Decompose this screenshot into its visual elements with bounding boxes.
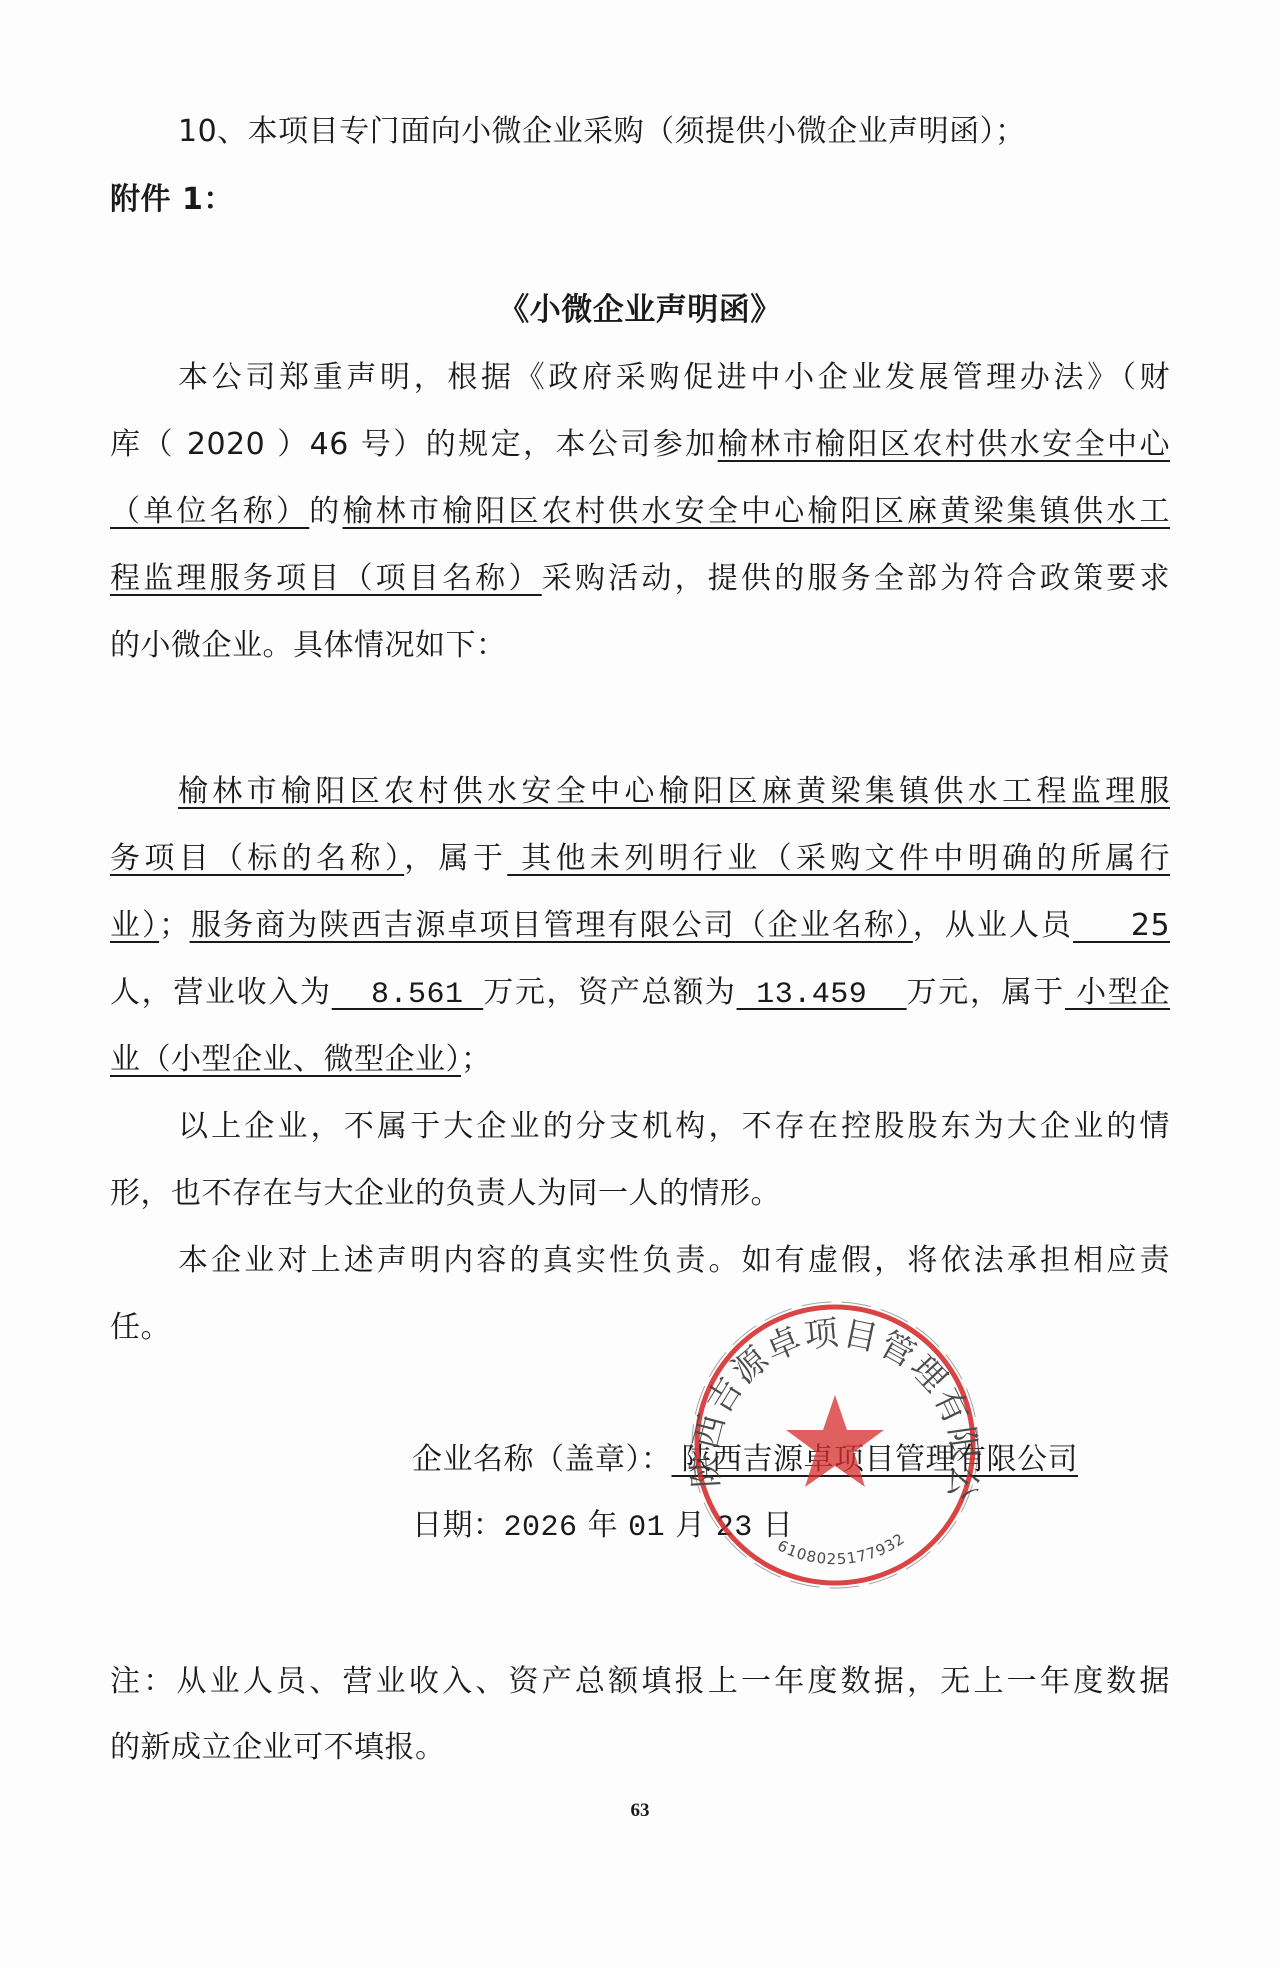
para2-line1: 榆林市榆阳区农村供水安全中心榆阳区麻黄梁集镇供水工程监理服: [178, 772, 1170, 812]
staff-count: 25: [1073, 908, 1170, 943]
day-unit: 日: [763, 1508, 794, 1543]
para1-line4-rest: 采购活动，提供的服务全部为符合政策要求: [542, 561, 1170, 596]
company-label: 企业名称（盖章）：: [412, 1442, 672, 1477]
enterprise-size-part2: 业（小型企业、微型企业）: [110, 1042, 461, 1077]
industry-part2: 业）: [110, 908, 159, 943]
company-name: 陕西吉源卓项目管理有限公司: [672, 1442, 1079, 1477]
para2-line4: 人，营业收入为 8.561 万元，资产总额为 13.459 万元，属于 小型企: [110, 973, 1170, 1015]
project-name-part2: 程监理服务项目（项目名称）: [110, 561, 542, 596]
para2-belongs: ，属于: [404, 841, 507, 876]
project-name-part1: 榆林市榆阳区农村供水安全中心榆阳区麻黄梁集镇供水工: [342, 494, 1170, 529]
para1-line5: 的小微企业。具体情况如下：: [110, 626, 1170, 666]
unit-name-label: （单位名称）: [110, 494, 309, 529]
attachment-label: 附件 1：: [110, 180, 1170, 220]
document-page: 10、本项目专门面向小微企业采购（须提供小微企业声明函）； 附件 1： 《小微企…: [0, 0, 1280, 1968]
para3-line1: 以上企业，不属于大企业的分支机构，不存在控股股东为大企业的情: [178, 1107, 1170, 1147]
note-line2: 的新成立企业可不填报。: [110, 1728, 1170, 1768]
para2-end: ；: [461, 1042, 492, 1077]
company-signature-line: 企业名称（盖章）： 陕西吉源卓项目管理有限公司: [412, 1440, 1172, 1480]
para1-line1: 本公司郑重声明，根据《政府采购促进中小企业发展管理办法》（财: [178, 358, 1170, 398]
subject-name-part2: 务项目（标的名称）: [110, 841, 404, 876]
month-unit: 月: [675, 1508, 706, 1543]
para1-line2: 库（ 2020 ）46 号）的规定，本公司参加榆林市榆阳区农村供水安全中心: [110, 425, 1170, 465]
para1-line4: 程监理服务项目（项目名称）采购活动，提供的服务全部为符合政策要求: [110, 559, 1170, 599]
purchaser-name: 榆林市榆阳区农村供水安全中心: [718, 427, 1170, 462]
date-label: 日期：: [412, 1508, 504, 1543]
separator: ；: [159, 908, 190, 943]
industry-part1: 其他未列明行业（采购文件中明确的所属行: [507, 841, 1170, 876]
date-year: 2026: [504, 1511, 578, 1545]
date-month: 01: [628, 1511, 665, 1545]
para2-line3: 业）；服务商为陕西吉源卓项目管理有限公司（企业名称），从业人员 25: [110, 906, 1170, 946]
para2-line2: 务项目（标的名称），属于 其他未列明行业（采购文件中明确的所属行: [110, 839, 1170, 879]
revenue-label: 人，营业收入为: [110, 975, 332, 1010]
para1-line3: （单位名称）的榆林市榆阳区农村供水安全中心榆阳区麻黄梁集镇供水工: [110, 492, 1170, 532]
para3-line2: 形，也不存在与大企业的负责人为同一人的情形。: [110, 1174, 1170, 1214]
assets-label: 万元，资产总额为: [483, 975, 736, 1010]
size-label: 万元，属于: [907, 975, 1065, 1010]
para1-connector: 的: [309, 494, 342, 529]
para4-line1: 本企业对上述声明内容的真实性负责。如有虚假，将依法承担相应责: [178, 1241, 1170, 1281]
subject-name-part1: 榆林市榆阳区农村供水安全中心榆阳区麻黄梁集镇供水工程监理服: [178, 774, 1170, 809]
revenue-value: 8.561: [332, 978, 484, 1012]
intro-item: 10、本项目专门面向小微企业采购（须提供小微企业声明函）；: [178, 112, 1170, 152]
assets-value: 13.459: [737, 978, 907, 1012]
staff-label: ，从业人员: [913, 908, 1073, 943]
para4-line2: 任。: [110, 1308, 1170, 1348]
date-line: 日期：2026 年 01 月 23 日: [412, 1506, 1172, 1548]
vendor-name: 服务商为陕西吉源卓项目管理有限公司（企业名称）: [190, 908, 913, 943]
page-title: 《小微企业声明函》: [0, 290, 1280, 330]
page-number: 63: [0, 1800, 1280, 1822]
year-unit: 年: [588, 1508, 619, 1543]
enterprise-size-part1: 小型企: [1065, 975, 1170, 1010]
note-line1: 注：从业人员、营业收入、资产总额填报上一年度数据，无上一年度数据: [110, 1662, 1170, 1702]
para1-line2-prefix: 库（ 2020 ）46 号）的规定，本公司参加: [110, 427, 718, 462]
date-day: 23: [716, 1511, 753, 1545]
para2-line5: 业（小型企业、微型企业）；: [110, 1040, 1170, 1080]
